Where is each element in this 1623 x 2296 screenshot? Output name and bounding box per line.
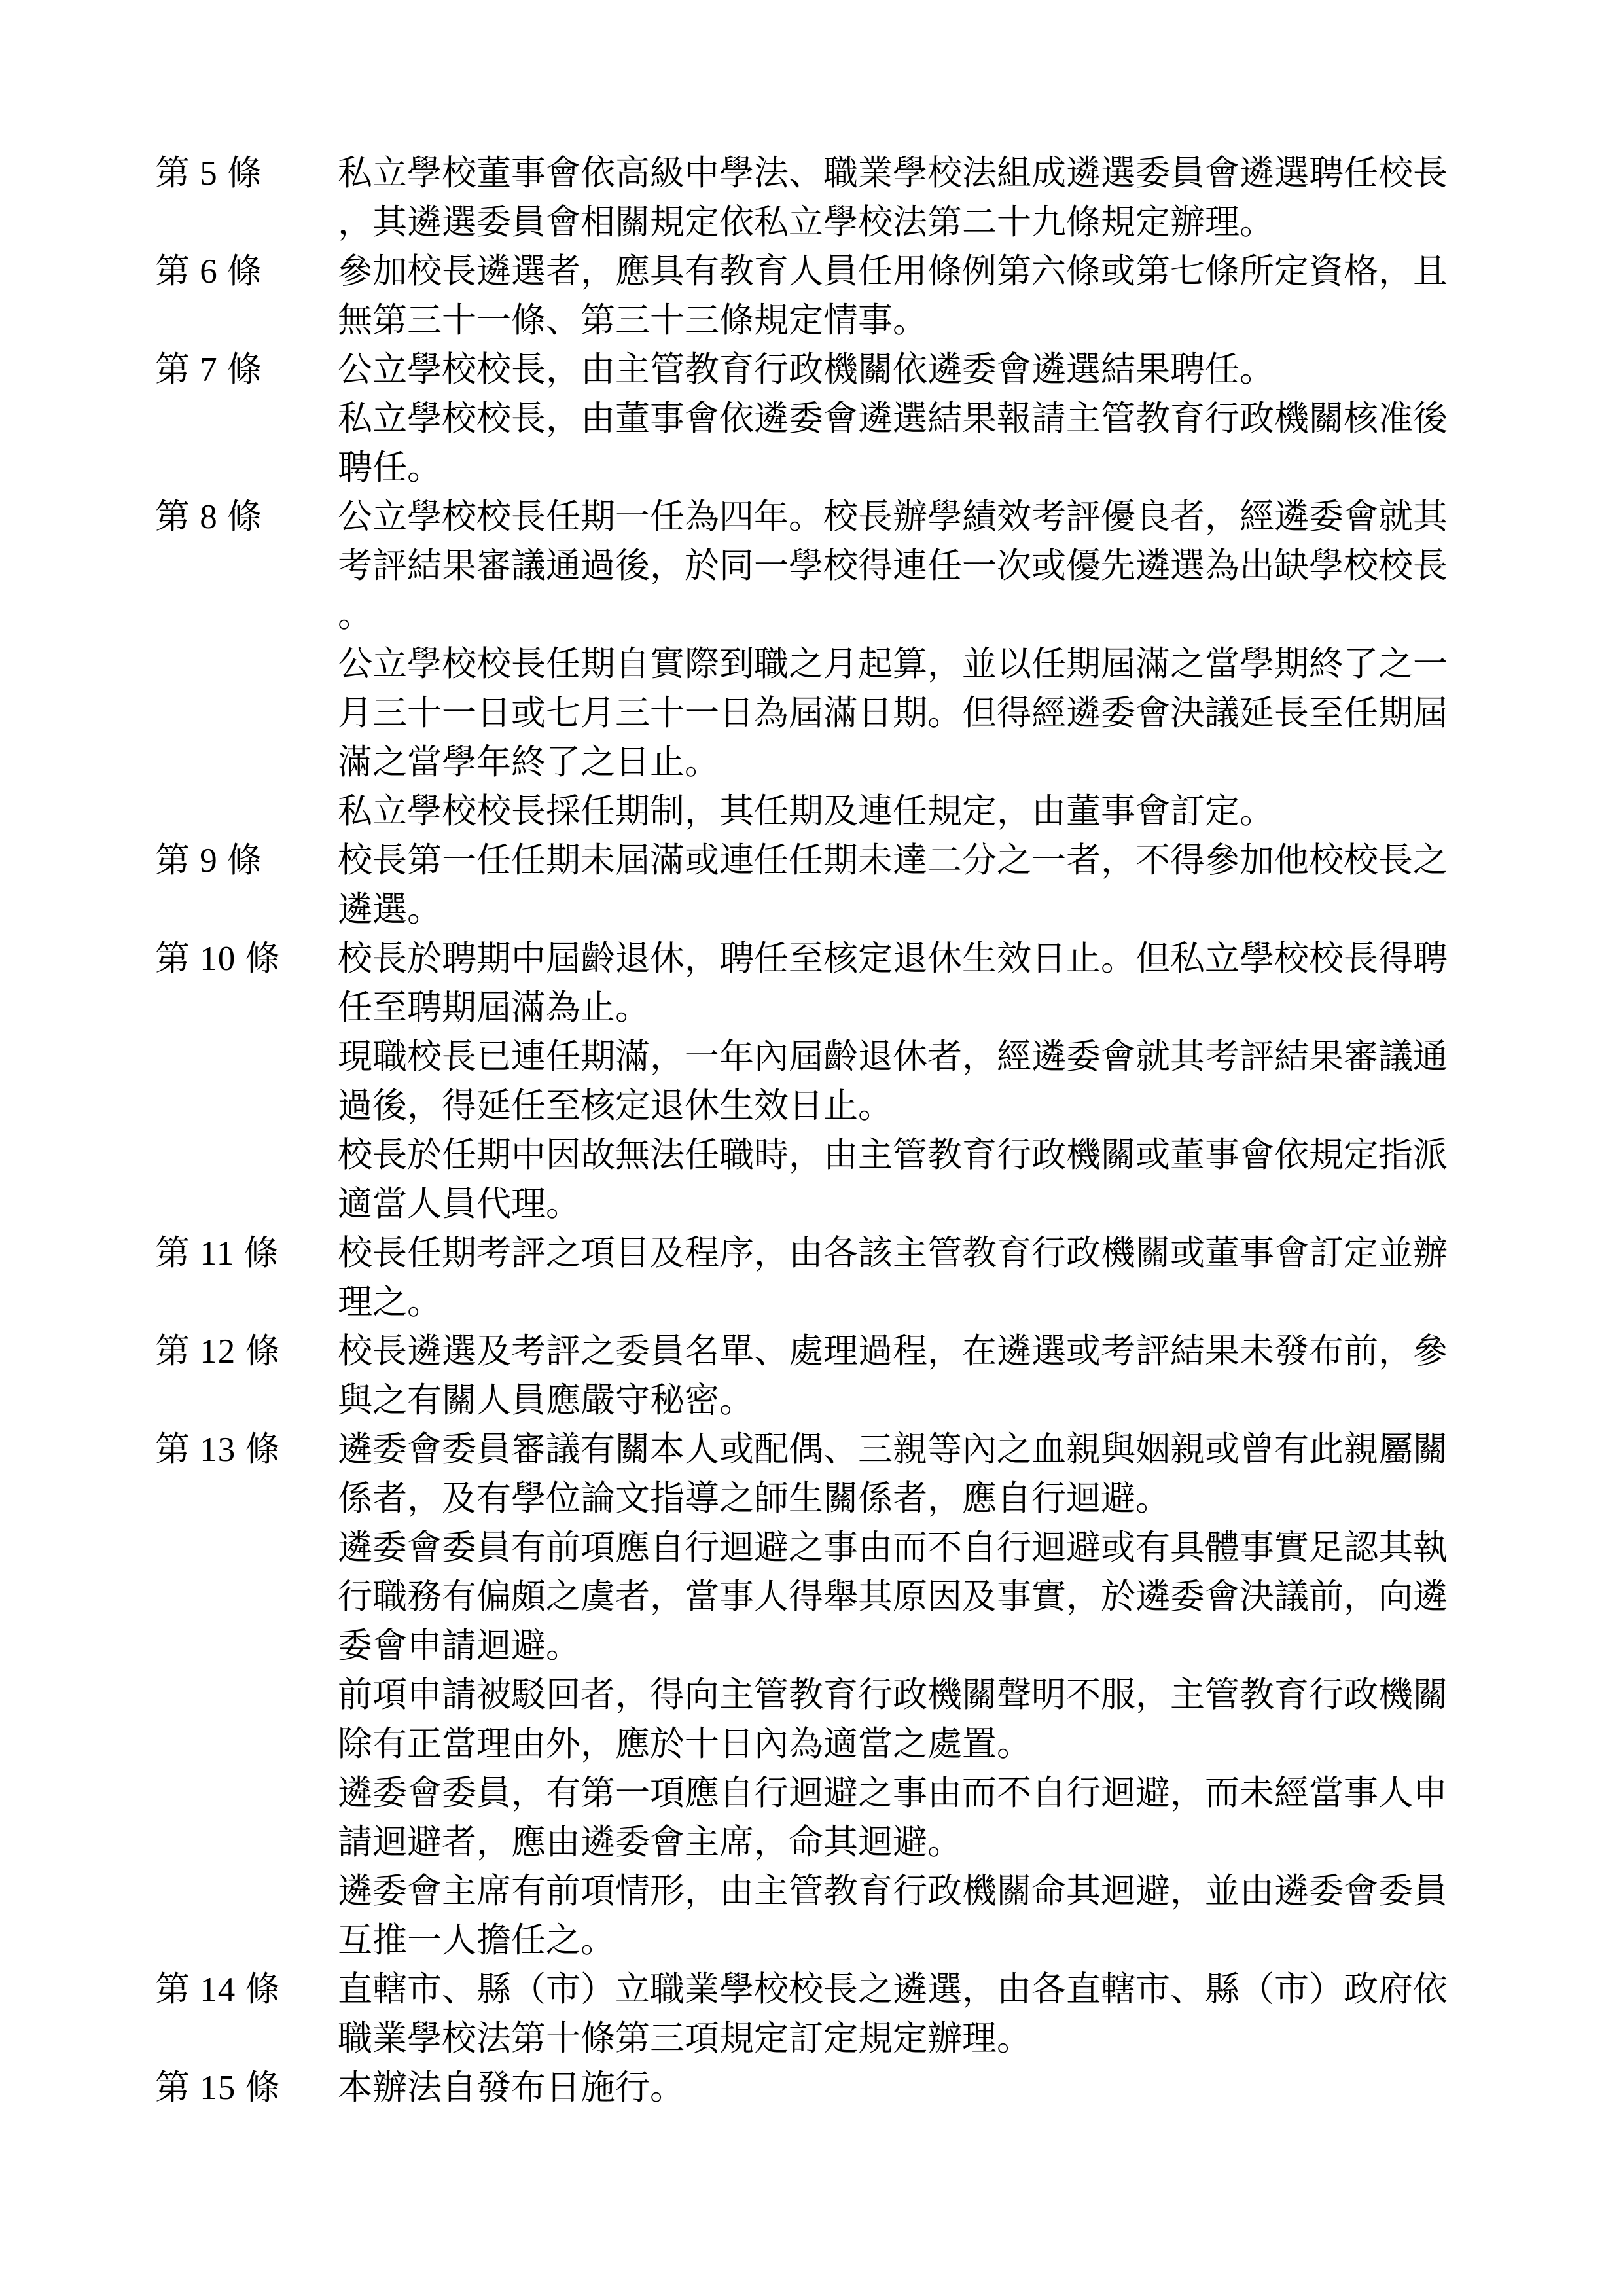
article-body: 本辦法自發布日施行。 — [338, 2064, 1489, 2113]
body-line: 過後，得延任至核定退休生效日止。 — [338, 1082, 1489, 1131]
body-line: 參加校長遴選者，應具有教育人員任用條例第六條或第七條所定資格，且 — [338, 247, 1489, 296]
article-number: 第 11 條 — [155, 1229, 338, 1278]
body-line: 校長於任期中因故無法任職時，由主管教育行政機關或董事會依規定指派 — [338, 1131, 1489, 1180]
body-line: 委會申請迴避。 — [338, 1622, 1489, 1671]
body-line: ，其遴選委員會相關規定依私立學校法第二十九條規定辦理。 — [338, 198, 1489, 247]
body-line: 前項申請被駁回者，得向主管教育行政機關聲明不服，主管教育行政機關 — [338, 1671, 1489, 1720]
body-line: 遴委會委員有前項應自行迴避之事由而不自行迴避或有具體事實足認其執 — [338, 1524, 1489, 1573]
article-row: 第 15 條 本辦法自發布日施行。 — [0, 2064, 1623, 2113]
article-number: 第 7 條 — [155, 346, 338, 395]
body-line: 私立學校校長，由董事會依遴委會遴選結果報請主管教育行政機關核准後 — [338, 395, 1489, 444]
body-line: 校長任期考評之項目及程序，由各該主管教育行政機關或董事會訂定並辦 — [338, 1229, 1489, 1278]
body-line: 職業學校法第十條第三項規定訂定規定辦理。 — [338, 2015, 1489, 2064]
article-row: 第 11 條 校長任期考評之項目及程序，由各該主管教育行政機關或董事會訂定並辦理… — [0, 1229, 1623, 1327]
body-line: 。 — [338, 591, 1489, 640]
body-line: 校長遴選及考評之委員名單、處理過程，在遴選或考評結果未發布前，參 — [338, 1327, 1489, 1376]
article-body: 校長遴選及考評之委員名單、處理過程，在遴選或考評結果未發布前，參與之有關人員應嚴… — [338, 1327, 1489, 1426]
article-number: 第 10 條 — [155, 935, 338, 984]
article-body: 校長於聘期中屆齡退休，聘任至核定退休生效日止。但私立學校校長得聘任至聘期屆滿為止… — [338, 935, 1489, 1229]
article-body: 遴委會委員審議有關本人或配偶、三親等內之血親與姻親或曾有此親屬關係者，及有學位論… — [338, 1426, 1489, 1965]
article-number: 第 13 條 — [155, 1426, 338, 1475]
body-line: 公立學校校長任期自實際到職之月起算，並以任期屆滿之當學期終了之一 — [338, 640, 1489, 689]
article-number: 第 14 條 — [155, 1965, 338, 2015]
article-body: 參加校長遴選者，應具有教育人員任用條例第六條或第七條所定資格，且無第三十一條、第… — [338, 247, 1489, 346]
article-row: 第 6 條 參加校長遴選者，應具有教育人員任用條例第六條或第七條所定資格，且無第… — [0, 247, 1623, 346]
body-line: 理之。 — [338, 1278, 1489, 1327]
body-line: 遴委會主席有前項情形，由主管教育行政機關命其迴避，並由遴委會委員 — [338, 1867, 1489, 1916]
body-line: 公立學校校長，由主管教育行政機關依遴委會遴選結果聘任。 — [338, 346, 1489, 395]
body-line: 私立學校校長採任期制，其任期及連任規定，由董事會訂定。 — [338, 787, 1489, 836]
article-row: 第 8 條 公立學校校長任期一任為四年。校長辦學績效考評優良者，經遴委會就其考評… — [0, 493, 1623, 836]
article-number: 第 5 條 — [155, 149, 338, 198]
body-line: 現職校長已連任期滿，一年內屆齡退休者，經遴委會就其考評結果審議通 — [338, 1033, 1489, 1082]
body-line: 適當人員代理。 — [338, 1180, 1489, 1229]
body-line: 除有正當理由外，應於十日內為適當之處置。 — [338, 1720, 1489, 1769]
article-body: 直轄市、縣（市）立職業學校校長之遴選，由各直轄市、縣（市）政府依職業學校法第十條… — [338, 1965, 1489, 2064]
body-line: 任至聘期屆滿為止。 — [338, 984, 1489, 1033]
body-line: 遴選。 — [338, 886, 1489, 935]
article-row: 第 14 條 直轄市、縣（市）立職業學校校長之遴選，由各直轄市、縣（市）政府依職… — [0, 1965, 1623, 2064]
article-number: 第 8 條 — [155, 493, 338, 542]
body-line: 校長於聘期中屆齡退休，聘任至核定退休生效日止。但私立學校校長得聘 — [338, 935, 1489, 984]
article-body: 公立學校校長，由主管教育行政機關依遴委會遴選結果聘任。私立學校校長，由董事會依遴… — [338, 346, 1489, 493]
article-number: 第 12 條 — [155, 1327, 338, 1376]
article-row: 第 10 條 校長於聘期中屆齡退休，聘任至核定退休生效日止。但私立學校校長得聘任… — [0, 935, 1623, 1229]
articles-list: 第 5 條 私立學校董事會依高級中學法、職業學校法組成遴選委員會遴選聘任校長，其… — [0, 149, 1623, 2113]
body-line: 與之有關人員應嚴守秘密。 — [338, 1376, 1489, 1426]
article-row: 第 5 條 私立學校董事會依高級中學法、職業學校法組成遴選委員會遴選聘任校長，其… — [0, 149, 1623, 247]
body-line: 月三十一日或七月三十一日為屆滿日期。但得經遴委會決議延長至任期屆 — [338, 689, 1489, 738]
body-line: 互推一人擔任之。 — [338, 1916, 1489, 1965]
article-body: 校長第一任任期未屆滿或連任任期未達二分之一者，不得參加他校校長之遴選。 — [338, 836, 1489, 935]
article-body: 公立學校校長任期一任為四年。校長辦學績效考評優良者，經遴委會就其考評結果審議通過… — [338, 493, 1489, 836]
article-number: 第 9 條 — [155, 836, 338, 886]
article-row: 第 7 條 公立學校校長，由主管教育行政機關依遴委會遴選結果聘任。私立學校校長，… — [0, 346, 1623, 493]
body-line: 校長第一任任期未屆滿或連任任期未達二分之一者，不得參加他校校長之 — [338, 836, 1489, 886]
article-body: 校長任期考評之項目及程序，由各該主管教育行政機關或董事會訂定並辦理之。 — [338, 1229, 1489, 1327]
body-line: 本辦法自發布日施行。 — [338, 2064, 1489, 2113]
body-line: 遴委會委員，有第一項應自行迴避之事由而不自行迴避，而未經當事人申 — [338, 1769, 1489, 1818]
body-line: 直轄市、縣（市）立職業學校校長之遴選，由各直轄市、縣（市）政府依 — [338, 1965, 1489, 2015]
body-line: 滿之當學年終了之日止。 — [338, 738, 1489, 787]
body-line: 公立學校校長任期一任為四年。校長辦學績效考評優良者，經遴委會就其 — [338, 493, 1489, 542]
article-number: 第 6 條 — [155, 247, 338, 296]
body-line: 請迴避者，應由遴委會主席，命其迴避。 — [338, 1818, 1489, 1867]
article-body: 私立學校董事會依高級中學法、職業學校法組成遴選委員會遴選聘任校長，其遴選委員會相… — [338, 149, 1489, 247]
body-line: 私立學校董事會依高級中學法、職業學校法組成遴選委員會遴選聘任校長 — [338, 149, 1489, 198]
body-line: 無第三十一條、第三十三條規定情事。 — [338, 296, 1489, 346]
article-row: 第 13 條 遴委會委員審議有關本人或配偶、三親等內之血親與姻親或曾有此親屬關係… — [0, 1426, 1623, 1965]
article-number: 第 15 條 — [155, 2064, 338, 2113]
body-line: 考評結果審議通過後，於同一學校得連任一次或優先遴選為出缺學校校長 — [338, 542, 1489, 591]
body-line: 係者，及有學位論文指導之師生關係者，應自行迴避。 — [338, 1475, 1489, 1524]
body-line: 行職務有偏頗之虞者，當事人得舉其原因及事實，於遴委會決議前，向遴 — [338, 1573, 1489, 1622]
document-page: 第 5 條 私立學校董事會依高級中學法、職業學校法組成遴選委員會遴選聘任校長，其… — [0, 0, 1623, 2296]
article-row: 第 9 條 校長第一任任期未屆滿或連任任期未達二分之一者，不得參加他校校長之遴選… — [0, 836, 1623, 935]
body-line: 聘任。 — [338, 444, 1489, 493]
body-line: 遴委會委員審議有關本人或配偶、三親等內之血親與姻親或曾有此親屬關 — [338, 1426, 1489, 1475]
article-row: 第 12 條 校長遴選及考評之委員名單、處理過程，在遴選或考評結果未發布前，參與… — [0, 1327, 1623, 1426]
